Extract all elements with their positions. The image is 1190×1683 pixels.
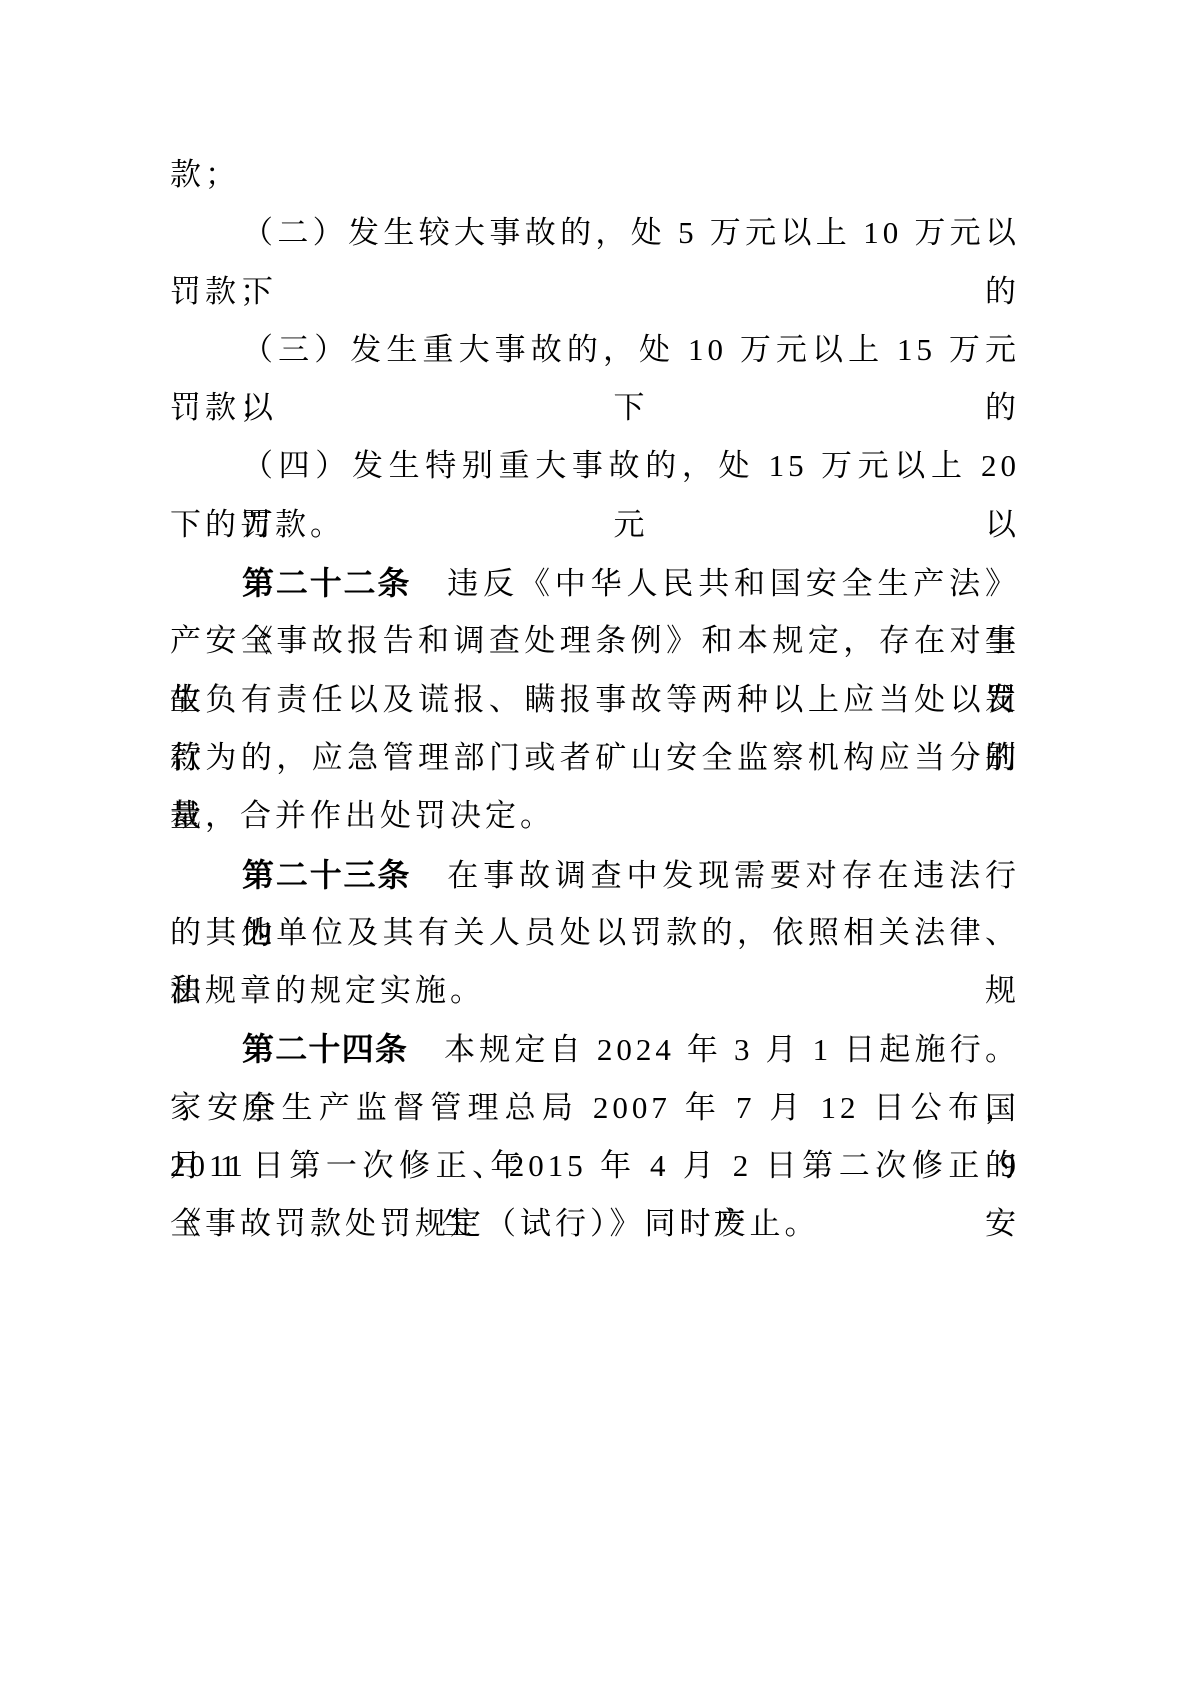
line-text: 量，合并作出处罚决定。 bbox=[170, 798, 555, 833]
line-text: （四）发生特别重大事故的，处 15 万元以上 20 万元以 bbox=[242, 448, 1020, 541]
text-line: 产安全事故报告和调查处理条例》和本规定，存在对事故发 bbox=[170, 612, 1020, 670]
line-text: 下的罚款。 bbox=[170, 507, 345, 542]
text-line: 月 1 日第一次修正、2015 年 4 月 2 日第二次修正的《生产安 bbox=[170, 1137, 1020, 1195]
text-line: 第二十四条本规定自 2024 年 3 月 1 日起施行。原国 bbox=[170, 1020, 1020, 1078]
line-text: 罚款； bbox=[170, 274, 275, 309]
line-text: 罚款； bbox=[170, 390, 275, 425]
text-line: 第二十三条在事故调查中发现需要对存在违法行为 bbox=[170, 846, 1020, 904]
text-line: 生负有责任以及谎报、瞒报事故等两种以上应当处以罚款的 bbox=[170, 671, 1020, 729]
text-line: （三）发生重大事故的，处 10 万元以上 15 万元以下的 bbox=[170, 321, 1020, 379]
text-line: （二）发生较大事故的，处 5 万元以上 10 万元以下的 bbox=[170, 204, 1020, 262]
text-line: 款； bbox=[170, 146, 1020, 204]
text-line: 量，合并作出处罚决定。 bbox=[170, 787, 1020, 845]
text-line: 行为的，应急管理部门或者矿山安全监察机构应当分别裁 bbox=[170, 729, 1020, 787]
article-23-label: 第二十三条 bbox=[242, 857, 411, 893]
line-text: 和规章的规定实施。 bbox=[170, 973, 485, 1008]
line-text: 款； bbox=[170, 157, 240, 192]
line-text: （二）发生较大事故的，处 5 万元以上 10 万元以下的 bbox=[242, 215, 1020, 308]
text-line: （四）发生特别重大事故的，处 15 万元以上 20 万元以 bbox=[170, 437, 1020, 495]
text-line: 的其他单位及其有关人员处以罚款的，依照相关法律、法规 bbox=[170, 904, 1020, 962]
text-line: 家安全生产监督管理总局 2007 年 7 月 12 日公布，2011 年 9 bbox=[170, 1079, 1020, 1137]
article-22-label: 第二十二条 bbox=[242, 565, 411, 601]
line-text: 全事故罚款处罚规定（试行）》同时废止。 bbox=[170, 1206, 820, 1241]
line-text: （三）发生重大事故的，处 10 万元以上 15 万元以下的 bbox=[242, 332, 1020, 425]
text-line: 第二十二条违反《中华人民共和国安全生产法》《生 bbox=[170, 554, 1020, 612]
document-body: 款； （二）发生较大事故的，处 5 万元以上 10 万元以下的 罚款； （三）发… bbox=[170, 146, 1020, 1254]
article-24-label: 第二十四条 bbox=[242, 1031, 408, 1067]
document-page: 款； （二）发生较大事故的，处 5 万元以上 10 万元以下的 罚款； （三）发… bbox=[0, 0, 1190, 1683]
